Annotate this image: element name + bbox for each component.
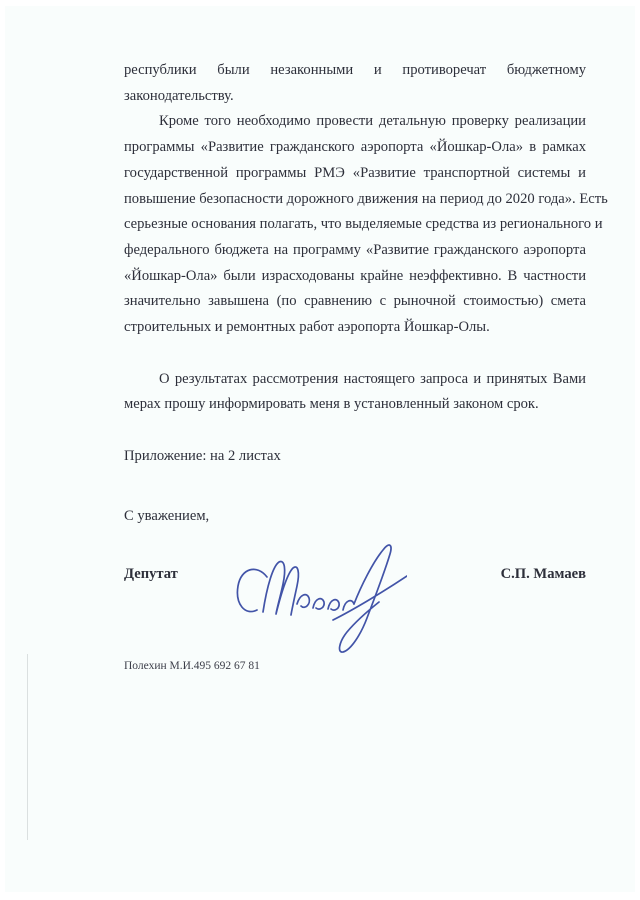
text-line: мерах прошу информировать меня в установ…	[124, 392, 586, 418]
text-line: значительно завышена (по сравнению с рын…	[124, 289, 586, 315]
scan-edge-left	[27, 654, 28, 840]
text-line: повышение безопасности дорожного движени…	[124, 187, 586, 213]
text-line: серьезные основания полагать, что выделя…	[124, 212, 586, 238]
para-continuation: республики были незаконными и противореч…	[124, 58, 586, 109]
signer-name: С.П. Мамаев	[501, 562, 586, 588]
text-line: федерального бюджета на программу «Разви…	[124, 238, 586, 264]
signature-scribble-icon	[227, 540, 407, 662]
letter-body: республики были незаконными и противореч…	[124, 58, 586, 418]
para-audit-request: Кроме того необходимо провести детальную…	[124, 109, 586, 340]
closing-line: С уважением,	[124, 504, 586, 530]
signer-title: Депутат	[124, 562, 178, 588]
text-line: строительных и ремонтных работ аэропорта…	[124, 315, 586, 341]
text-line: программы «Развитие гражданского аэропор…	[124, 135, 586, 161]
scanned-page: республики были незаконными и противореч…	[5, 6, 635, 892]
text-line: республики были незаконными и противореч…	[124, 58, 586, 84]
para-response-request: О результатах рассмотрения настоящего за…	[124, 367, 586, 418]
text-line: О результатах рассмотрения настоящего за…	[124, 367, 586, 393]
attachment-line: Приложение: на 2 листах	[124, 444, 586, 470]
text-line: «Йошкар-Ола» были израсходованы крайне н…	[124, 264, 586, 290]
text-line: законодательству.	[124, 84, 586, 110]
text-line: государственной программы РМЭ «Развитие …	[124, 161, 586, 187]
text-line: Кроме того необходимо провести детальную…	[124, 109, 586, 135]
